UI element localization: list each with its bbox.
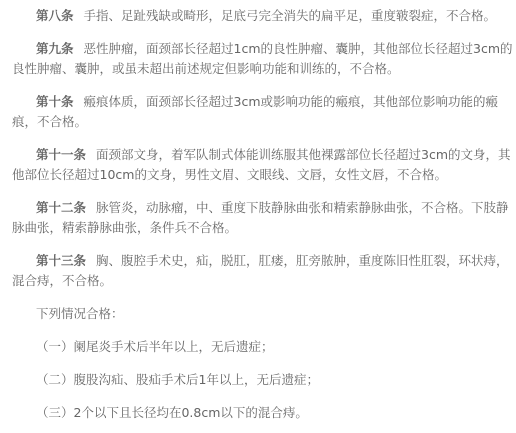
article-13-text-line-2: 混合痔，不合格。: [12, 271, 508, 291]
qualified-item-3: （三）2个以下且长径均在0.8cm以下的混合痔。: [12, 403, 508, 423]
qualified-item-3-text: （三）2个以下且长径均在0.8cm以下的混合痔。: [12, 403, 508, 423]
article-11-number: 第十一条: [36, 147, 86, 162]
article-9-text-line-2: 良性肿瘤、囊肿，或虽未超出前述规定但影响功能和训练的，不合格。: [12, 59, 508, 79]
article-12-text-line-2: 脉曲张，精索静脉曲张，条件兵不合格。: [12, 218, 508, 238]
article-13-text-line-1: 胸、腹腔手术史，疝，脱肛，肛瘘，肛旁脓肿，重度陈旧性肛裂，环状痔，: [96, 253, 509, 268]
article-8: 第八条手指、足趾残缺或畸形，足底弓完全消失的扁平足，重度皲裂症，不合格。: [12, 6, 508, 26]
article-12: 第十二条脉管炎，动脉瘤，中、重度下肢静脉曲张和精索静脉曲张，不合格。下肢静 脉曲…: [12, 198, 508, 238]
qualified-intro: 下列情况合格：: [12, 304, 508, 324]
article-10-text-line-1: 瘢痕体质，面颈部长径超过3cm或影响功能的瘢痕，其他部位影响功能的瘢: [84, 94, 499, 109]
article-10-text-line-2: 痕，不合格。: [12, 112, 508, 132]
qualified-item-2-text: （二）腹股沟疝、股疝手术后1年以上，无后遗症；: [12, 370, 508, 390]
article-9: 第九条恶性肿瘤，面颈部长径超过1cm的良性肿瘤、囊肿，其他部位长径超过3cm的 …: [12, 39, 508, 79]
article-11: 第十一条面颈部文身，着军队制式体能训练服其他裸露部位长径超过3cm的文身，其 他…: [12, 145, 508, 185]
qualified-intro-text: 下列情况合格：: [12, 304, 508, 324]
document-body: 第八条手指、足趾残缺或畸形，足底弓完全消失的扁平足，重度皲裂症，不合格。 第九条…: [0, 0, 516, 433]
qualified-item-1-text: （一）阑尾炎手术后半年以上，无后遗症；: [12, 337, 508, 357]
article-13-number: 第十三条: [36, 253, 86, 268]
article-12-text-line-1: 脉管炎，动脉瘤，中、重度下肢静脉曲张和精索静脉曲张，不合格。下肢静: [96, 200, 509, 215]
article-11-text-line-1: 面颈部文身，着军队制式体能训练服其他裸露部位长径超过3cm的文身，其: [96, 147, 511, 162]
article-13: 第十三条胸、腹腔手术史，疝，脱肛，肛瘘，肛旁脓肿，重度陈旧性肛裂，环状痔， 混合…: [12, 251, 508, 291]
article-9-text-line-1: 恶性肿瘤，面颈部长径超过1cm的良性肿瘤、囊肿，其他部位长径超过3cm的: [84, 41, 513, 56]
article-11-text-line-2: 他部位长径超过10cm的文身，男性文眉、文眼线、文唇，女性文唇，不合格。: [12, 165, 508, 185]
article-10-number: 第十条: [36, 94, 74, 109]
qualified-item-2: （二）腹股沟疝、股疝手术后1年以上，无后遗症；: [12, 370, 508, 390]
article-8-number: 第八条: [36, 8, 74, 23]
article-8-text-line-1: 手指、足趾残缺或畸形，足底弓完全消失的扁平足，重度皲裂症，不合格。: [84, 8, 497, 23]
article-10: 第十条瘢痕体质，面颈部长径超过3cm或影响功能的瘢痕，其他部位影响功能的瘢 痕，…: [12, 92, 508, 132]
article-12-number: 第十二条: [36, 200, 86, 215]
qualified-item-1: （一）阑尾炎手术后半年以上，无后遗症；: [12, 337, 508, 357]
article-9-number: 第九条: [36, 41, 74, 56]
